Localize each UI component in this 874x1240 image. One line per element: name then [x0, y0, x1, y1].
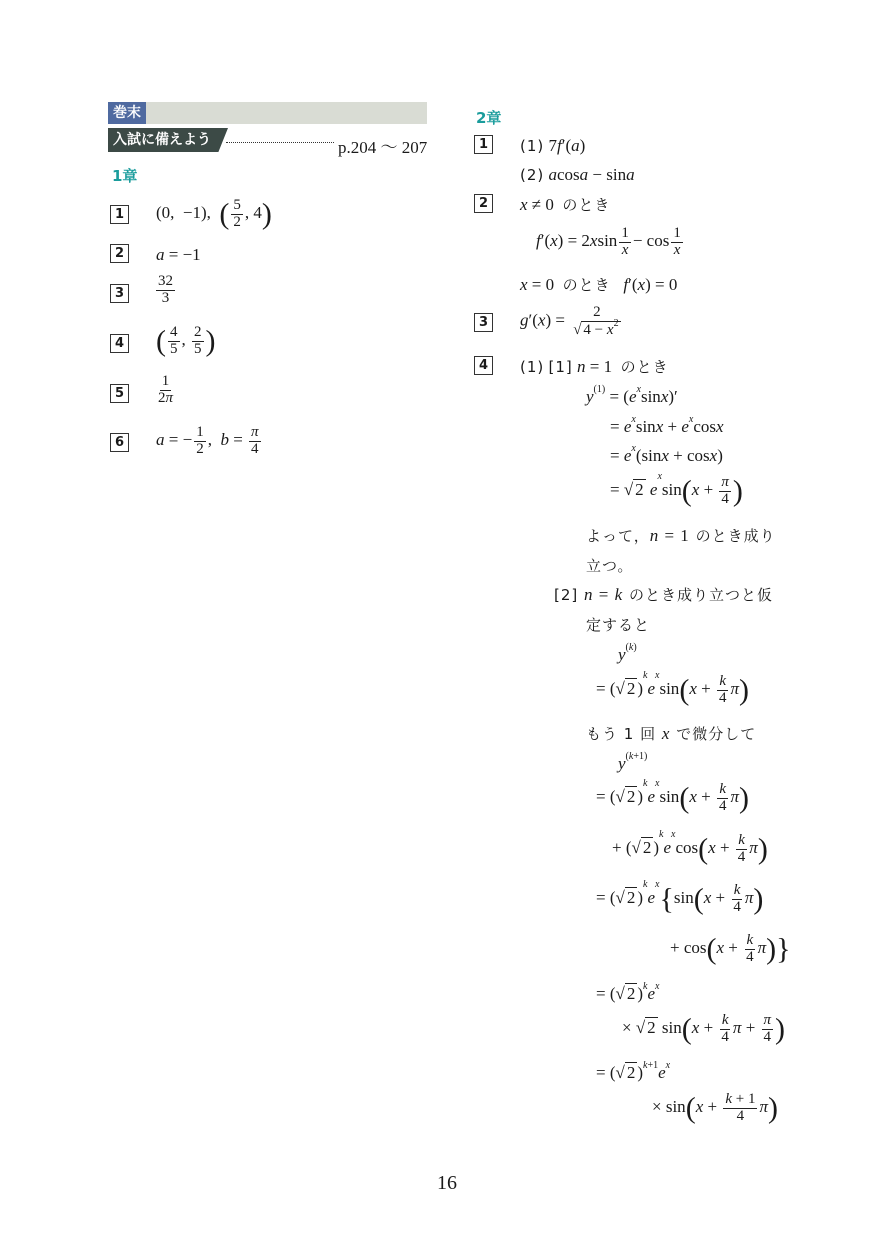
case2-text: 定すると [586, 614, 650, 635]
problem-number: 6 [110, 433, 129, 452]
derivation-line: = (√2)kexsin(x + k4π) [596, 674, 749, 707]
problem-number: 2 [474, 194, 493, 213]
answer-2-2-formula: f′(x) = 2xsin1x− cos1x [536, 226, 685, 259]
differentiate-text: もう 1 回 x で微分して [586, 723, 756, 744]
header-subtitle: 入試に備えよう [108, 128, 228, 152]
problem-number: 2 [110, 244, 129, 263]
derivation-line: = (√2)kex [596, 985, 659, 1002]
derivation-line: + (√2)kexcos(x + k4π) [612, 833, 768, 866]
page-number: 16 [437, 1172, 457, 1195]
derivation-line: + cos(x + k4π)} [670, 933, 791, 966]
answer-1-4: (45, 25) [156, 325, 216, 358]
derivation-line: × √2 sin(x + k4π + π4) [622, 1013, 785, 1046]
answer-1-5: 12π [154, 374, 177, 407]
problem-number: 4 [474, 356, 493, 375]
problem-number: 4 [110, 334, 129, 353]
answer-1-1: (0, −1), (52, 4) [156, 198, 272, 231]
answer-2-1-2: (2) acosa − sina [520, 166, 635, 183]
answer-2-2-cond: x ≠ 0 のとき [520, 196, 610, 213]
problem-number: 1 [110, 205, 129, 224]
derivation-line: = ex(sinx + cosx) [610, 447, 723, 464]
derivation-line: × sin(x + k + 14π) [652, 1092, 778, 1125]
answer-2-3: g′(x) = 2√4 − x2 [520, 305, 625, 339]
problem-number: 3 [474, 313, 493, 332]
derivation-line: = (√2)kex{sin(x + k4π) [596, 883, 763, 916]
derivation-line: y(1) = (exsinx)′ [586, 388, 678, 405]
derivation-line: = √2 exsin(x + π4) [610, 475, 743, 508]
case2-text: [2] n = k のとき成り立つと仮 [554, 584, 773, 605]
problem-number: 5 [110, 384, 129, 403]
answer-1-6: a = −12, b = π4 [156, 425, 263, 458]
chapter-1-title: 1章 [112, 165, 137, 186]
answer-2-4-case1: (1) [1] n = 1 のとき [520, 358, 669, 375]
derivation-line: = (√2)kexsin(x + k4π) [596, 782, 749, 815]
answer-1-3: 323 [154, 274, 177, 307]
conclusion-text: 立つ。 [586, 555, 633, 576]
header-tag: 巻末 [108, 102, 146, 124]
leader-dots [226, 132, 334, 143]
derivation-line: y(k) [618, 646, 637, 663]
derivation-line: = exsinx + excosx [610, 418, 724, 435]
answer-2-2-zero: x = 0 のとき f′(x) = 0 [520, 276, 677, 293]
derivation-line: = (√2)k+1ex [596, 1064, 670, 1081]
page-range: p.204 〜 207 [338, 133, 427, 158]
answer-1-2: a = −1 [156, 246, 201, 263]
derivation-line: y(k+1) [618, 755, 647, 772]
answer-2-1-1: (1) 7f′(a) [520, 137, 585, 154]
problem-number: 3 [110, 284, 129, 303]
conclusion-text: よって，n = 1 のとき成り [586, 525, 776, 546]
header-bar [108, 102, 427, 124]
chapter-2-title: 2章 [476, 107, 501, 128]
problem-number: 1 [474, 135, 493, 154]
